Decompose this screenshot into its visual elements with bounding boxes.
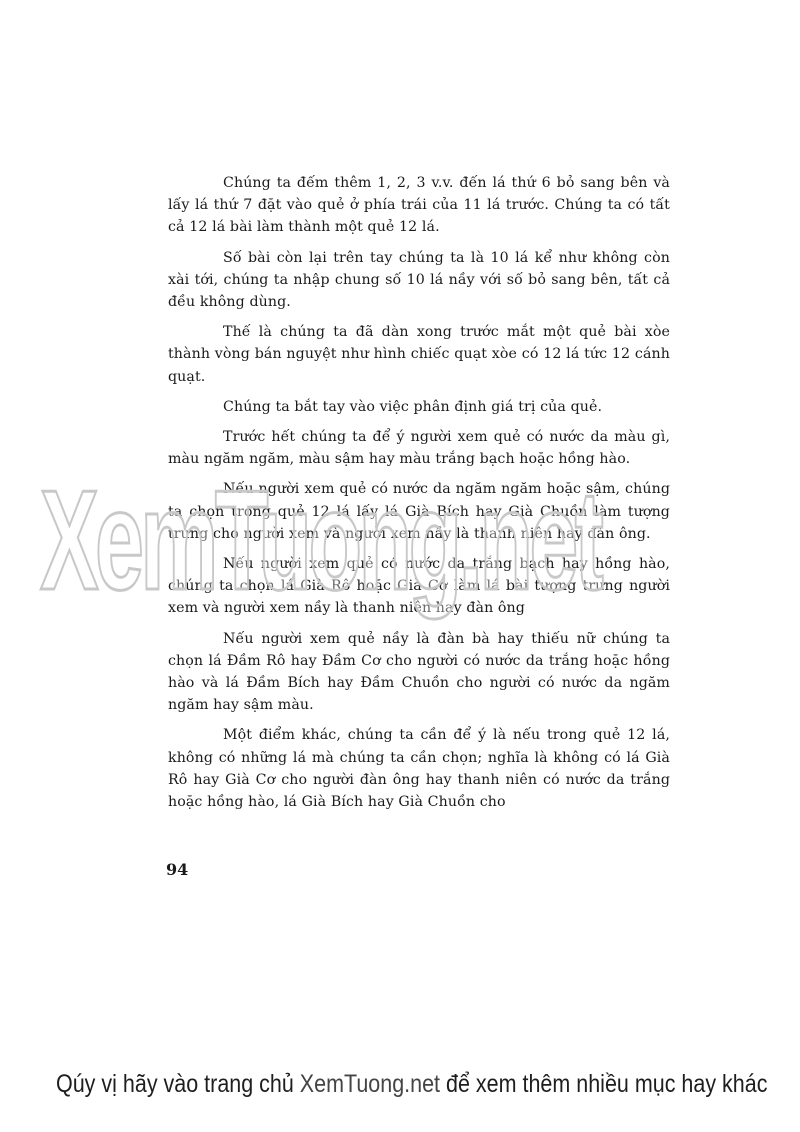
scanned-book-page: Chúng ta đếm thêm 1, 2, 3 v.v. đến lá th… [0,0,800,1132]
page-number: 94 [166,860,188,879]
paragraph: Số bài còn lại trên tay chúng ta là 10 l… [168,247,670,314]
paragraph: Nếu người xem quẻ có nước da trắng bạch … [168,553,670,620]
footer-text-suffix: để xem thêm nhiều mục hay khác [440,1070,767,1098]
paragraph: Nếu người xem quẻ nầy là đàn bà hay thiế… [168,628,670,717]
body-text: Chúng ta đếm thêm 1, 2, 3 v.v. đến lá th… [168,172,670,821]
paragraph: Chúng ta bắt tay vào việc phân định giá … [168,396,670,418]
paragraph: Chúng ta đếm thêm 1, 2, 3 v.v. đến lá th… [168,172,670,239]
paragraph: Một điểm khác, chúng ta cần để ý là nếu … [168,724,670,813]
footer-banner: Qúy vị hãy vào trang chủ XemTuong.net để… [56,1070,744,1099]
paragraph: Thế là chúng ta đã dàn xong trước mắt mộ… [168,321,670,388]
footer-text-prefix: Qúy vị hãy vào trang chủ [56,1070,300,1098]
paragraph: Nếu người xem quẻ có nước da ngăm ngăm h… [168,478,670,545]
homepage-link[interactable]: XemTuong.net [300,1070,440,1098]
paragraph: Trước hết chúng ta để ý người xem quẻ có… [168,426,670,470]
